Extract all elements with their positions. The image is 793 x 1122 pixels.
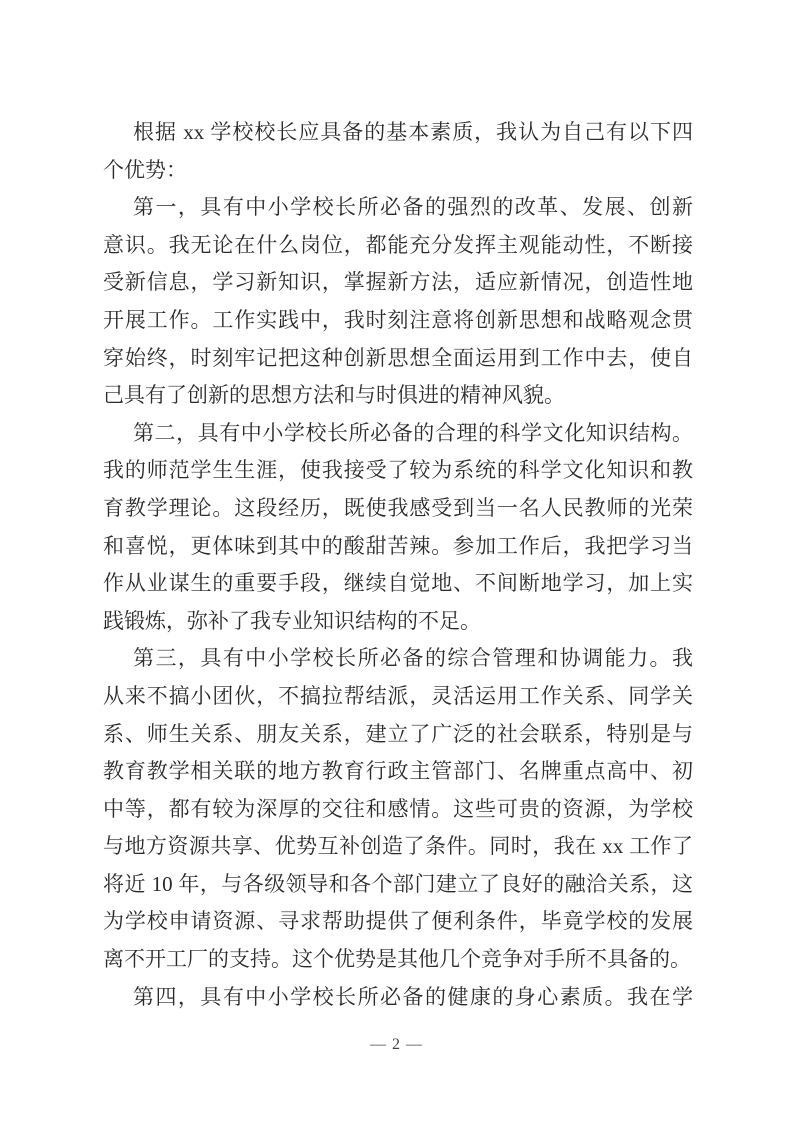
text-line: 己具有了创新的思想方法和与时俱进的精神风貌。 — [103, 377, 693, 415]
text-line: 离不开工厂的支持。这个优势是其他几个竞争对手所不具备的。 — [103, 941, 693, 979]
text-line: 受新信息，学习新知识，掌握新方法，适应新情况，创造性地 — [103, 264, 693, 302]
text-line: 系、师生关系、朋友关系，建立了广泛的社会联系，特别是与 — [103, 716, 693, 754]
paragraph: 第四，具有中小学校长所必备的健康的身心素质。我在学 — [103, 979, 693, 1017]
page-footer: — 2 — — [0, 1036, 793, 1054]
text-line: 作从业谋生的重要手段，继续自觉地、不间断地学习，加上实 — [103, 565, 693, 603]
text-line: 我的师范学生生涯，使我接受了较为系统的科学文化知识和教 — [103, 452, 693, 490]
text-line: 践锻炼，弥补了我专业知识结构的不足。 — [103, 603, 693, 641]
text-line: 教育教学相关联的地方教育行政主管部门、名牌重点高中、初 — [103, 753, 693, 791]
text-line: 开展工作。工作实践中，我时刻注意将创新思想和战略观念贯 — [103, 302, 693, 340]
paragraph: 第一，具有中小学校长所必备的强烈的改革、发展、创新意识。我无论在什么岗位，都能充… — [103, 189, 693, 415]
text-line: 第四，具有中小学校长所必备的健康的身心素质。我在学 — [103, 979, 693, 1017]
paragraph: 第二，具有中小学校长所必备的合理的科学文化知识结构。我的师范学生生涯，使我接受了… — [103, 415, 693, 641]
paragraph: 根据 xx 学校校长应具备的基本素质，我认为自己有以下四个优势： — [103, 114, 693, 189]
text-line: 根据 xx 学校校长应具备的基本素质，我认为自己有以下四 — [103, 114, 693, 152]
paragraph: 第三，具有中小学校长所必备的综合管理和协调能力。我从来不搞小团伙，不搞拉帮结派，… — [103, 640, 693, 978]
page-number: — 2 — — [370, 1036, 423, 1053]
text-line: 穿始终，时刻牢记把这种创新思想全面运用到工作中去，使自 — [103, 340, 693, 378]
text-line: 中等，都有较为深厚的交往和感情。这些可贵的资源，为学校 — [103, 791, 693, 829]
text-line: 第二，具有中小学校长所必备的合理的科学文化知识结构。 — [103, 415, 693, 453]
text-line: 第一，具有中小学校长所必备的强烈的改革、发展、创新 — [103, 189, 693, 227]
text-line: 将近 10 年，与各级领导和各个部门建立了良好的融洽关系，这 — [103, 866, 693, 904]
text-line: 育教学理论。这段经历，既使我感受到当一名人民教师的光荣 — [103, 490, 693, 528]
text-line: 个优势： — [103, 152, 693, 190]
text-line: 与地方资源共享、优势互补创造了条件。同时，我在 xx 工作了 — [103, 828, 693, 866]
document-body: 根据 xx 学校校长应具备的基本素质，我认为自己有以下四个优势：第一，具有中小学… — [103, 114, 693, 1016]
text-line: 从来不搞小团伙，不搞拉帮结派，灵活运用工作关系、同学关 — [103, 678, 693, 716]
text-line: 为学校申请资源、寻求帮助提供了便利条件，毕竟学校的发展 — [103, 903, 693, 941]
text-line: 第三，具有中小学校长所必备的综合管理和协调能力。我 — [103, 640, 693, 678]
text-line: 和喜悦，更体味到其中的酸甜苦辣。参加工作后，我把学习当 — [103, 528, 693, 566]
text-line: 意识。我无论在什么岗位，都能充分发挥主观能动性，不断接 — [103, 227, 693, 265]
document-page: 根据 xx 学校校长应具备的基本素质，我认为自己有以下四个优势：第一，具有中小学… — [0, 0, 793, 1122]
